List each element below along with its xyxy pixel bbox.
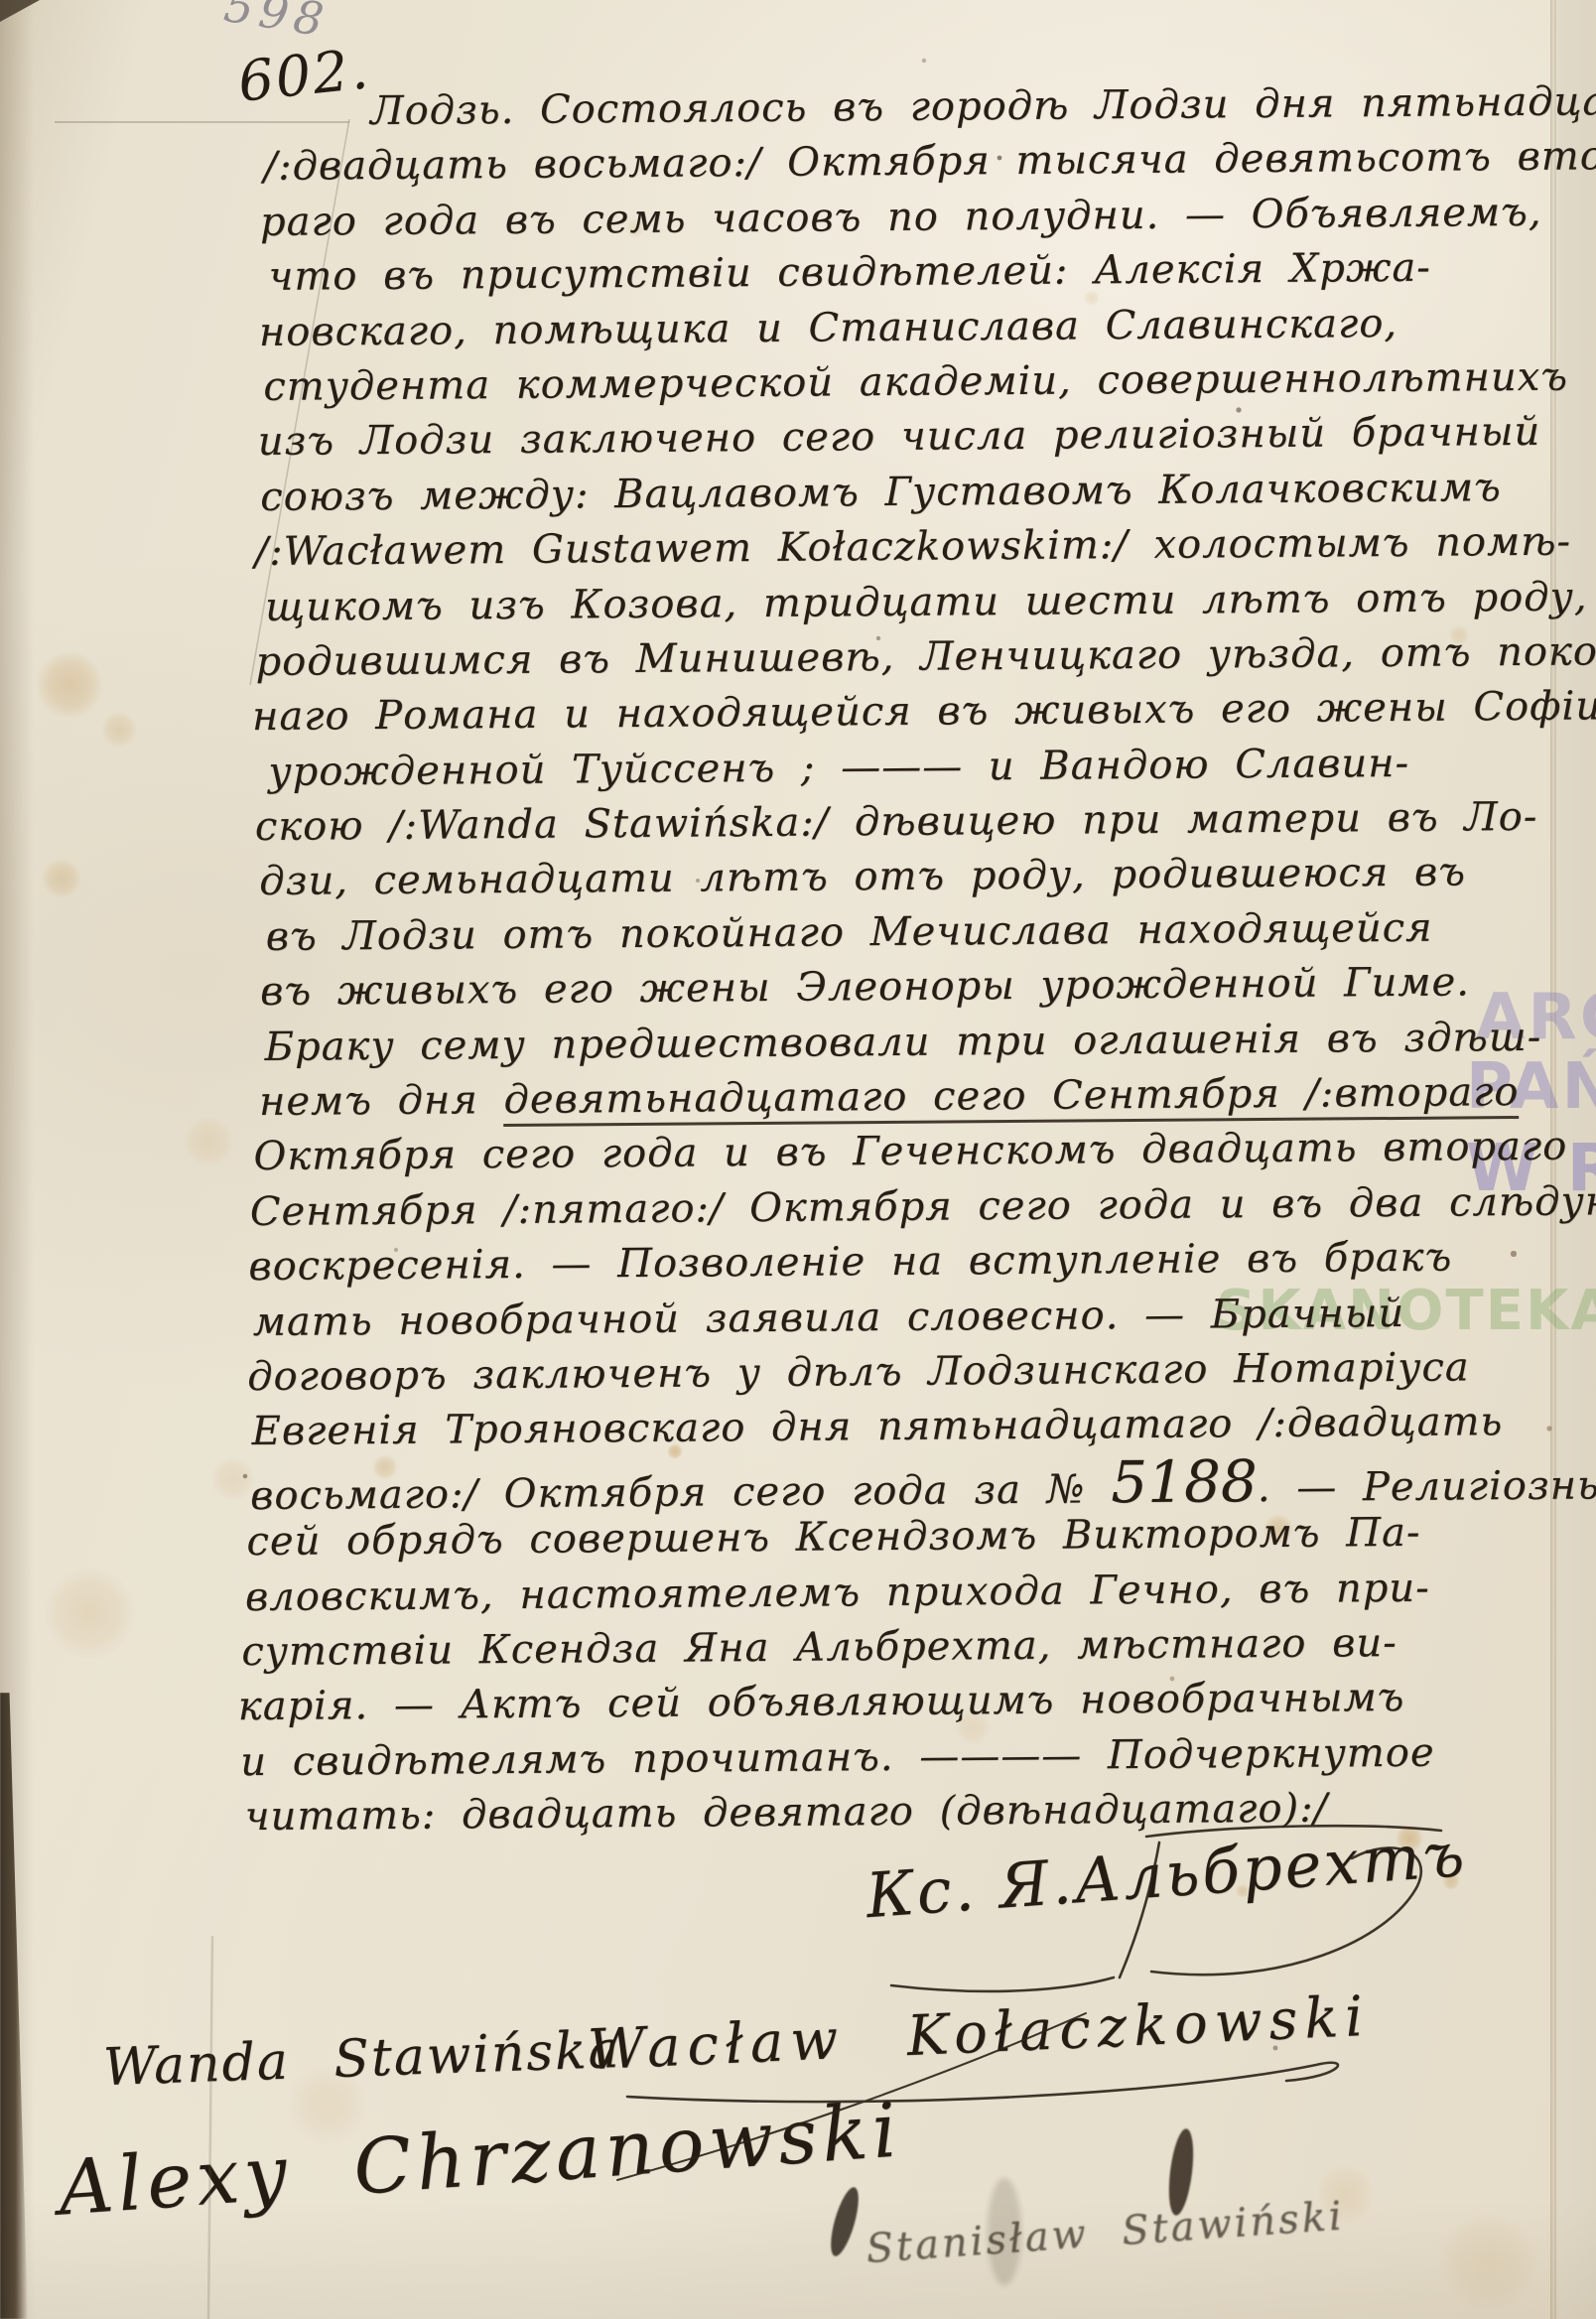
ink-specks <box>0 0 2 2</box>
text-segment: воскресенія. — Позволеніе на вступленіе … <box>248 1235 1452 1291</box>
underlined-phrase: девятьнадцатаго сего Сентября /:втораго <box>503 1069 1519 1127</box>
text-segment: сей обрядъ совершенъ Ксендзомъ Викторомъ… <box>246 1510 1420 1565</box>
text-segment: изъ Лодзи заключено сего числа религіозн… <box>258 409 1541 465</box>
text-segment: что въ присутствіи свидѣтелей: Алексія Х… <box>268 245 1431 300</box>
pencil-page-number: 598 <box>220 0 332 48</box>
record-line-30: карія. — Актъ сей объявляющимъ новобрачн… <box>238 1670 1556 1735</box>
record-line-15: дзи, семьнадцати лѣтъ отъ роду, родившею… <box>259 845 1549 910</box>
text-segment: /:двадцать восьмаго:/ Октября тысяча дев… <box>263 134 1596 191</box>
record-line-3: раго года въ семь часовъ по полудни. — О… <box>260 186 1544 251</box>
record-line-26: восьмаго:/ Октября сего года за № 5188. … <box>250 1450 1554 1516</box>
record-line-22: воскресенія. — Позволеніе на вступленіе … <box>248 1230 1552 1296</box>
record-line-28: вловскимъ, настоятелемъ прихода Гечно, в… <box>245 1560 1555 1625</box>
document-scan: ARCPAŃSW RA SKANOTEKA. 598 602. Лодзь. С… <box>0 0 1596 2319</box>
record-body-text: Лодзь. Состоялось въ городѣ Лодзи дня пя… <box>253 75 1557 1845</box>
text-segment: сутствіи Ксендза Яна Альбрехта, мѣстнаго… <box>241 1620 1397 1675</box>
record-line-14: скою /:Wanda Stawińska:/ дѣвицею при мат… <box>255 790 1549 856</box>
text-segment: карія. — Актъ сей объявляющимъ новобрачн… <box>238 1675 1405 1729</box>
text-segment: щикомъ изъ Козова, тридцати шести лѣтъ о… <box>265 574 1588 629</box>
text-segment: /:Wacławem Gustawem Kołaczkowskim:/ холо… <box>255 519 1572 575</box>
record-line-16: въ Лодзи отъ покойнаго Мечислава находящ… <box>266 900 1550 966</box>
record-line-20: Октября сего года и въ Геченскомъ двадца… <box>253 1120 1551 1185</box>
text-segment: Лодзь. Состоялось въ городѣ Лодзи дня пя… <box>370 77 1596 134</box>
text-segment: скою /:Wanda Stawińska:/ дѣвицею при мат… <box>255 794 1538 850</box>
record-line-27: сей обрядъ совершенъ Ксендзомъ Викторомъ… <box>246 1505 1554 1570</box>
text-segment: договоръ заключенъ у дѣлъ Лодзинскаго Но… <box>247 1344 1470 1400</box>
record-line-1: Лодзь. Состоялось въ городѣ Лодзи дня пя… <box>370 75 1543 140</box>
record-line-12: наго Романа и находящейся въ живыхъ его … <box>252 680 1548 746</box>
record-line-2: /:двадцать восьмаго:/ Октября тысяча дев… <box>263 130 1543 196</box>
text-segment: немъ дня <box>259 1077 504 1125</box>
notary-act-number: 5188 <box>1111 1447 1258 1516</box>
groom-signature: Wacław Kołaczkowski <box>587 1984 1371 2083</box>
record-line-10: щикомъ изъ Козова, тридцати шести лѣтъ о… <box>265 570 1547 635</box>
text-segment: . — Религіозный <box>1258 1462 1596 1511</box>
bride-signature: Wanda Stawińska <box>102 2020 621 2098</box>
record-line-4: что въ присутствіи свидѣтелей: Алексія Х… <box>268 240 1544 305</box>
text-segment: и свидѣтелямъ прочитанъ. ———— Подчеркнут… <box>240 1729 1435 1784</box>
text-segment: Браку сему предшествовали три оглашенія … <box>264 1014 1541 1069</box>
text-segment: новскаго, помѣщика и Станислава Славинск… <box>259 301 1397 355</box>
text-segment: Сентября /:пятаго:/ Октября сего года и … <box>250 1177 1596 1234</box>
record-line-7: изъ Лодзи заключено сего числа религіозн… <box>258 405 1546 471</box>
paper-stain <box>42 859 81 898</box>
text-segment: въ живыхъ его жены Элеоноры урожденной Г… <box>260 960 1470 1016</box>
record-line-24: договоръ заключенъ у дѣлъ Лодзинскаго Но… <box>247 1340 1553 1406</box>
text-segment: раго года въ семь часовъ по полудни. — О… <box>260 190 1542 245</box>
text-segment: читать: двадцать девятаго (двѣнадцатаго)… <box>245 1786 1329 1841</box>
record-line-18: Браку сему предшествовали три оглашенія … <box>264 1010 1550 1075</box>
record-line-9: /:Wacławem Gustawem Kołaczkowskim:/ холо… <box>254 515 1546 581</box>
text-segment: родившимся въ Минишевѣ, Ленчицкаго уѣзда… <box>255 628 1596 685</box>
text-segment: урожденной Туйссенъ ; ——— и Вандою Слави… <box>268 741 1409 795</box>
record-line-17: въ живыхъ его жены Элеоноры урожденной Г… <box>260 955 1550 1021</box>
text-segment: студента коммерческой академіи, совершен… <box>263 354 1568 410</box>
record-line-6: студента коммерческой академіи, совершен… <box>263 350 1545 416</box>
text-segment: мать новобрачной заявила словесно. — Бра… <box>253 1291 1405 1345</box>
text-segment: Евгенія Трояновскаго дня пятьнадцатаго /… <box>251 1400 1503 1455</box>
record-line-19: немъ дня девятьнадцатаго сего Сентября /… <box>259 1065 1551 1131</box>
paper-stain <box>101 712 137 748</box>
text-segment: въ Лодзи отъ покойнаго Мечислава находящ… <box>266 905 1433 960</box>
text-segment: Октября сего года и въ Геченскомъ двадца… <box>253 1124 1567 1179</box>
record-line-11: родившимся въ Минишевѣ, Ленчицкаго уѣзда… <box>255 625 1547 691</box>
record-line-23: мать новобрачной заявила словесно. — Бра… <box>253 1285 1553 1350</box>
text-segment: дзи, семьнадцати лѣтъ отъ роду, родившею… <box>259 850 1466 905</box>
paper-stain <box>36 651 103 719</box>
record-line-29: сутствіи Ксендза Яна Альбрехта, мѣстнаго… <box>241 1615 1555 1681</box>
paper-stain <box>211 1457 255 1501</box>
record-line-5: новскаго, помѣщика и Станислава Славинск… <box>259 295 1545 360</box>
paper-stain <box>183 1116 234 1167</box>
record-line-21: Сентября /:пятаго:/ Октября сего года и … <box>250 1175 1552 1241</box>
record-line-13: урожденной Туйссенъ ; ——— и Вандою Слави… <box>268 735 1548 800</box>
text-segment: наго Романа и находящейся въ живыхъ его … <box>252 684 1596 741</box>
text-segment: вловскимъ, настоятелемъ прихода Гечно, в… <box>245 1565 1430 1619</box>
record-line-8: союзъ между: Вацлавомъ Густавомъ Колачко… <box>260 461 1546 526</box>
record-line-31: и свидѣтелямъ прочитанъ. ———— Подчеркнут… <box>240 1724 1556 1790</box>
text-segment: союзъ между: Вацлавомъ Густавомъ Колачко… <box>260 465 1502 520</box>
paper-stain <box>44 1568 135 1659</box>
record-line-25: Евгенія Трояновскаго дня пятьнадцатаго /… <box>251 1395 1553 1460</box>
